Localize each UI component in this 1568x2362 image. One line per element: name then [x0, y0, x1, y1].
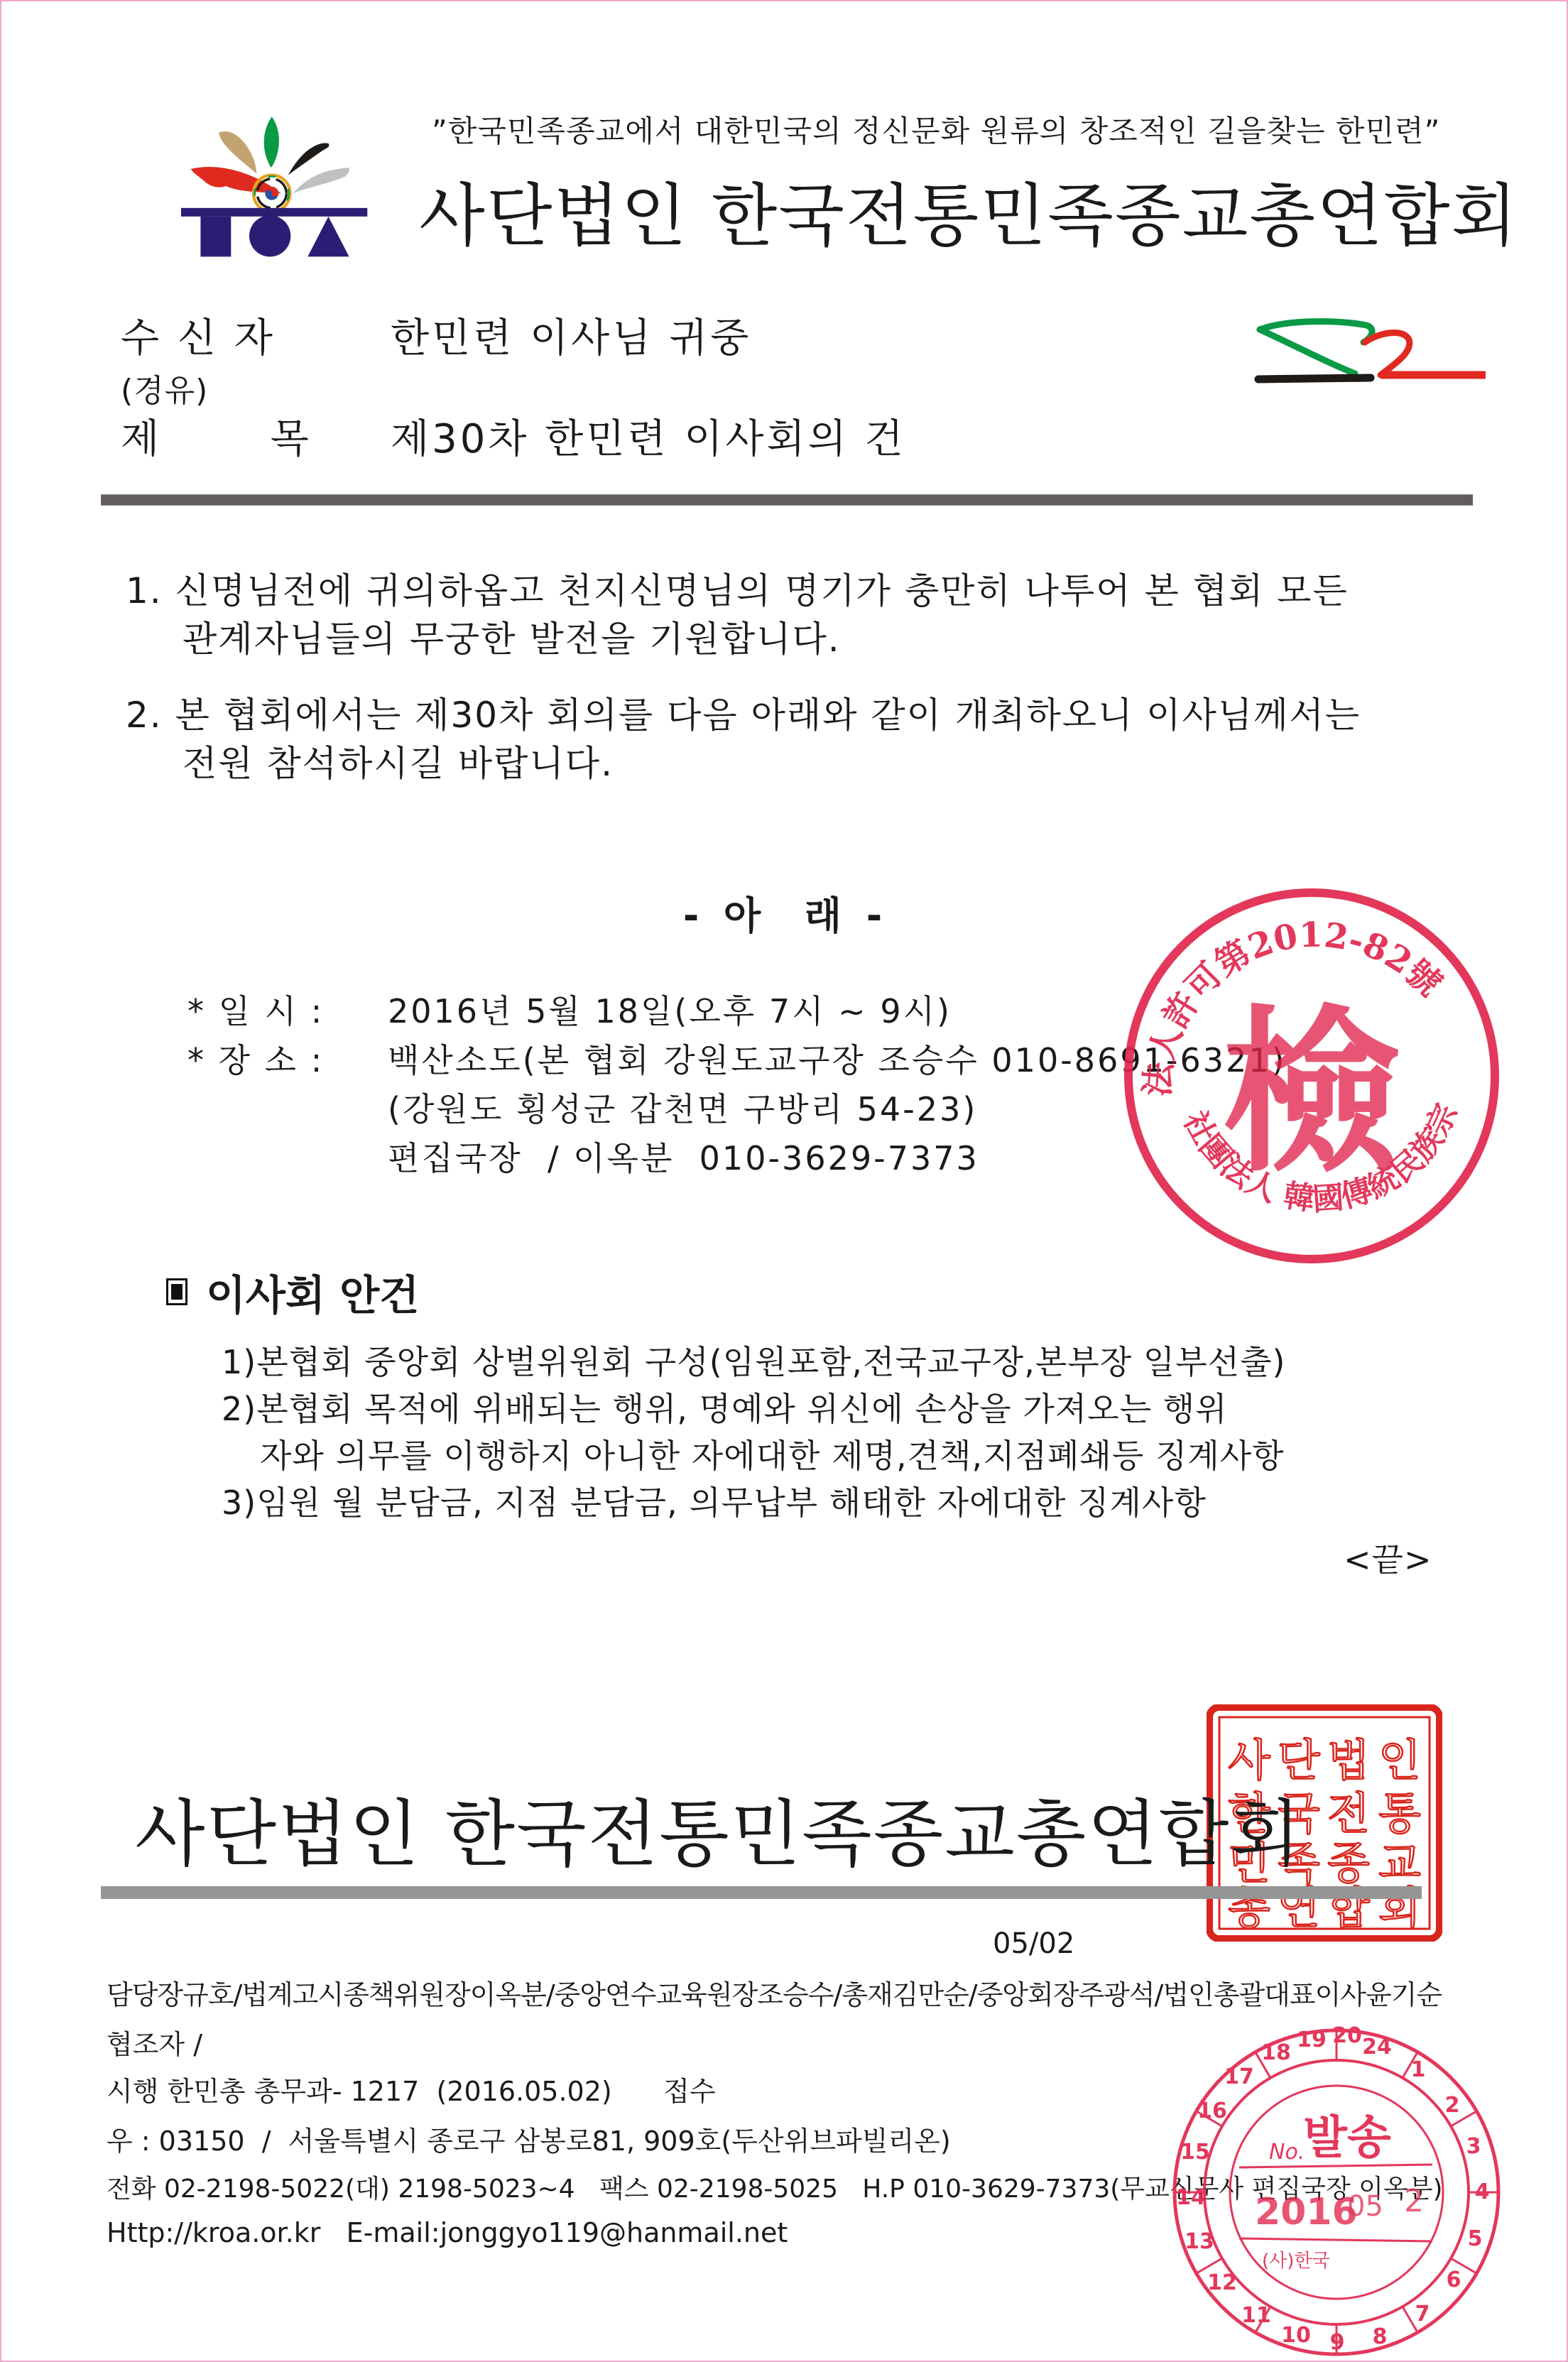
subject-label: 제 목 [121, 408, 312, 464]
agenda-heading-text: 이사회 안건 [206, 1262, 419, 1322]
svg-text:05: 05 [1347, 2190, 1383, 2223]
agenda-item-3: 3)임원 월 분담금, 지점 분담금, 의무납부 해태한 자에대한 징계사항 [222, 1477, 1207, 1524]
footer-divider [101, 1886, 1422, 1899]
paragraph-1-line-2: 관계자님들의 무궁한 발전을 기원합니다. [183, 611, 841, 662]
svg-text:2016: 2016 [1255, 2191, 1358, 2233]
org-title: 사단법인 한국전통민족종교총연합회 [419, 162, 1518, 259]
official-round-seal-icon: 法人許可第2012-82號 社團法人 韓國傳統民族宗敎聯合會 檢 [1120, 884, 1503, 1268]
svg-text:20: 20 [1332, 2025, 1362, 2048]
org-logo-icon [161, 101, 388, 271]
svg-text:16: 16 [1197, 2099, 1227, 2123]
agenda-heading: 이사회 안건 [166, 1262, 419, 1322]
place-address: (강원도 횡성군 갑천면 구방리 54-23) [388, 1084, 977, 1131]
dispatch-date-stamp-icon: 24123 4567 891011 12131415 16171819 20 N… [1170, 2025, 1503, 2359]
place-label: * 장 소 : [187, 1035, 324, 1082]
svg-text:19: 19 [1297, 2028, 1327, 2052]
svg-text:인: 인 [1378, 1734, 1421, 1786]
svg-text:檢: 檢 [1223, 987, 1400, 1196]
svg-text:전: 전 [1327, 1787, 1370, 1839]
officers-line: 담당장규호/법계고시종책위원장이옥분/중앙연수교육원장조승수/총재김만순/중앙회… [107, 1973, 1442, 2012]
signature-mark-icon [1230, 300, 1486, 385]
header-divider [101, 494, 1473, 506]
svg-text:9: 9 [1330, 2330, 1345, 2355]
postal-address-line: 우 : 03150 / 서울특별시 종로구 삼봉로81, 909호(두산위브파빌… [107, 2119, 951, 2158]
cooperator-line: 협조자 / [107, 2023, 202, 2062]
svg-text:11: 11 [1241, 2303, 1271, 2328]
end-mark: <끝> [1344, 1534, 1432, 1581]
footer-org-title: 사단법인 한국전통민족종교총연합회 [135, 1777, 1302, 1881]
svg-text:4: 4 [1475, 2179, 1490, 2204]
recipient-value: 한민련 이사님 귀중 [391, 307, 751, 364]
svg-text:통: 통 [1378, 1787, 1421, 1839]
svg-text:6: 6 [1447, 2268, 1461, 2292]
contact-info: 편집국장 / 이옥분 010-3629-7373 [388, 1133, 979, 1180]
agenda-item-2-continued: 자와 의무를 이행하지 아니한 자에대한 제명,견책,지점폐쇄등 징계사항 [260, 1430, 1285, 1477]
paragraph-2-line-1: 2. 본 협회에서는 제30차 회의를 다음 아래와 같이 개최하오니 이사님께… [126, 687, 1361, 738]
svg-text:법: 법 [1327, 1734, 1370, 1786]
svg-text:13: 13 [1185, 2229, 1214, 2254]
svg-text:15: 15 [1180, 2140, 1210, 2165]
svg-text:8: 8 [1373, 2324, 1388, 2349]
paragraph-2-line-2: 전원 참석하시길 바랍니다. [183, 735, 614, 786]
svg-text:2: 2 [1404, 2183, 1424, 2219]
svg-text:10: 10 [1281, 2323, 1311, 2348]
agenda-item-2: 2)본협회 목적에 위배되는 행위, 명예와 위신에 손상을 가져오는 행위 [222, 1383, 1228, 1430]
recipient-label: 수 신 자 [121, 307, 276, 364]
svg-text:5: 5 [1468, 2226, 1483, 2251]
svg-text:14: 14 [1176, 2185, 1206, 2210]
svg-text:발송: 발송 [1303, 2112, 1391, 2165]
slogan-text: ”한국민족종교에서 대한민국의 정신문화 원류의 창조적인 길을찾는 한민련” [432, 108, 1440, 151]
date-value: 2016년 5월 18일(오후 7시 ~ 9시) [388, 986, 952, 1033]
web-email-line: Http://kroa.or.kr E-mail:jonggyo119@hanm… [107, 2217, 788, 2248]
via-label: (경유) [121, 365, 208, 410]
svg-text:18: 18 [1261, 2040, 1291, 2065]
svg-text:24: 24 [1362, 2035, 1392, 2059]
svg-text:17: 17 [1224, 2064, 1254, 2089]
paragraph-1-line-1: 1. 신명님전에 귀의하옵고 천지신명님의 명기가 충만히 나투어 본 협회 모… [126, 562, 1349, 614]
svg-text:No.: No. [1269, 2140, 1305, 2165]
svg-text:3: 3 [1466, 2134, 1481, 2159]
document-page: ”한국민족종교에서 대한민국의 정신문화 원류의 창조적인 길을찾는 한민련” … [0, 0, 1568, 2362]
svg-text:(사)한국: (사)한국 [1262, 2251, 1330, 2272]
subject-value: 제30차 한민련 이사회의 건 [391, 408, 906, 464]
date-short: 05/02 [993, 1927, 1074, 1960]
enforcement-line: 시행 한민총 총무과- 1217 (2016.05.02) 접수 [107, 2069, 716, 2108]
square-bullet-icon [166, 1278, 187, 1305]
svg-text:12: 12 [1207, 2270, 1237, 2295]
date-label: * 일 시 : [187, 986, 324, 1033]
agenda-item-1: 1)본협회 중앙회 상벌위원회 구성(임원포함,전국교구장,본부장 일부선출) [222, 1337, 1285, 1383]
svg-text:2: 2 [1445, 2093, 1460, 2118]
svg-text:1: 1 [1411, 2057, 1426, 2082]
svg-text:7: 7 [1415, 2302, 1430, 2326]
